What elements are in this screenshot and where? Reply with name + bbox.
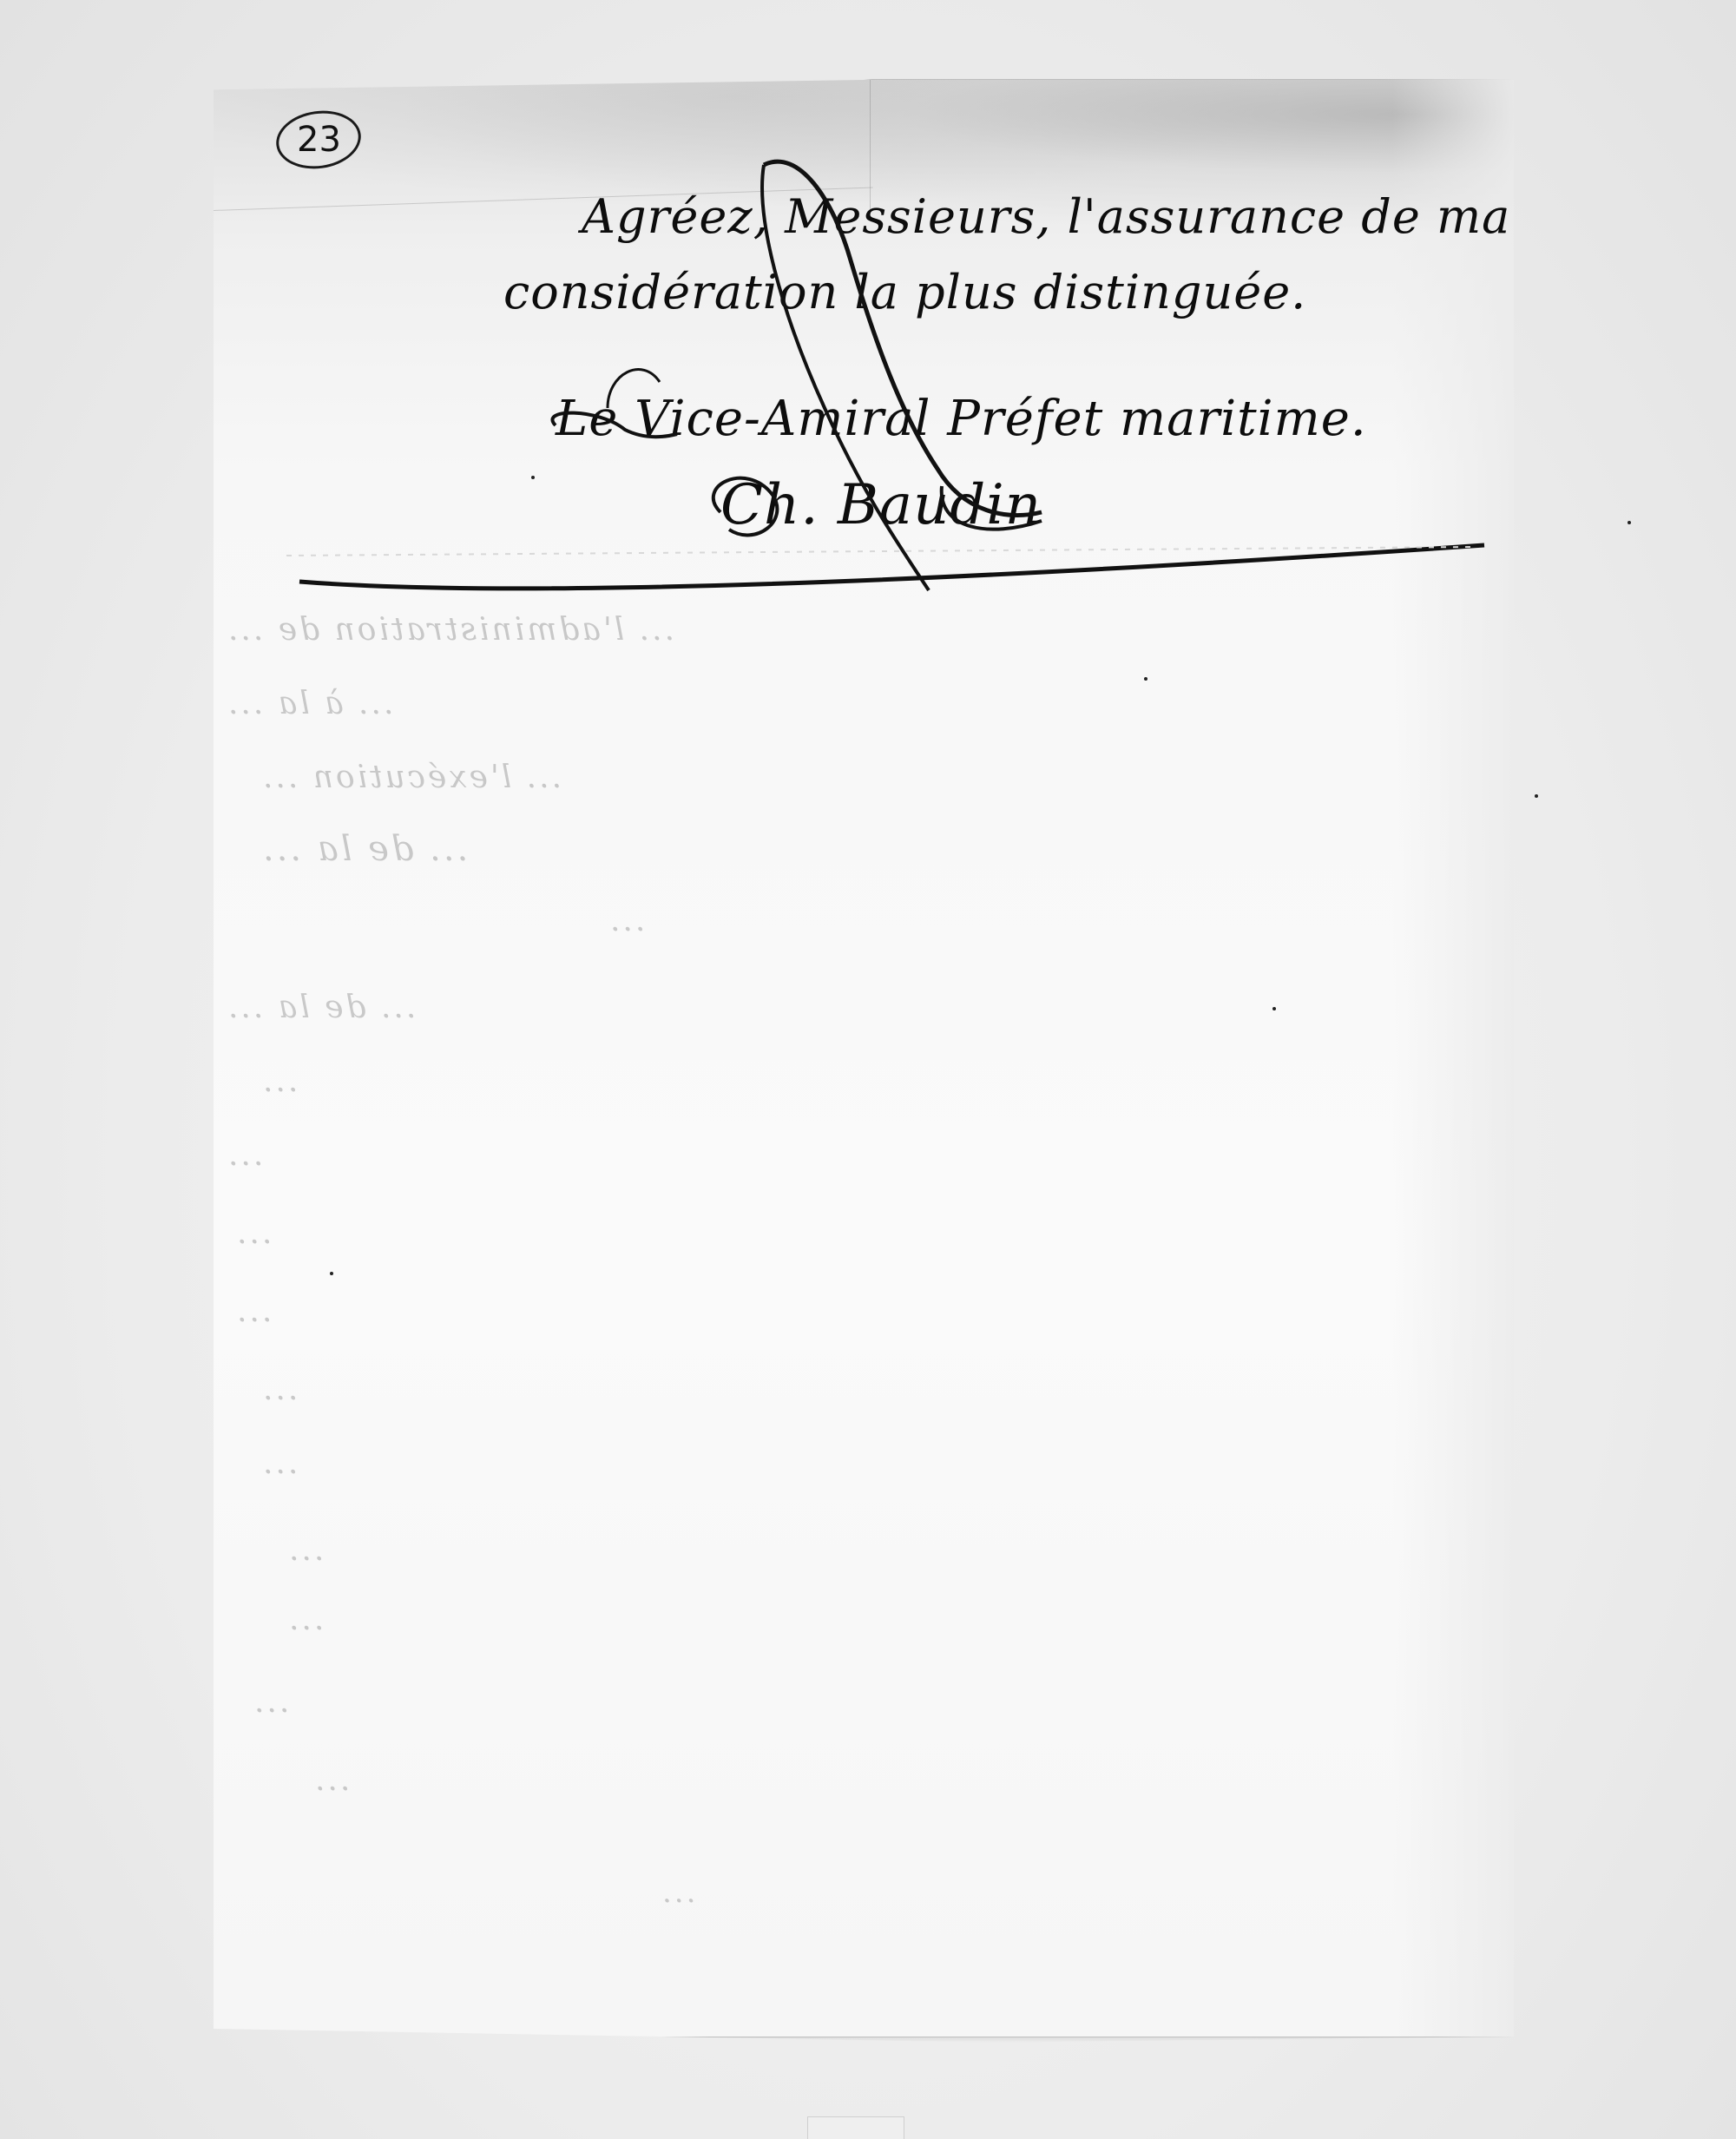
closing-line-2: considération la plus distinguée.	[503, 265, 1306, 319]
bleed-through-line: ...	[608, 903, 645, 938]
signature-name: Ch. Baudin	[720, 473, 1042, 537]
bleed-through-line: ...	[260, 1445, 298, 1481]
bleed-through-line: ...	[660, 1875, 695, 1910]
bleed-through-line: ...	[260, 1063, 298, 1099]
paper-shadow	[1392, 80, 1514, 2037]
bleed-through-line: ...	[312, 1762, 350, 1798]
ink-speck	[531, 476, 535, 479]
bleed-through-line: ...	[234, 1215, 272, 1251]
bleed-through-line: ... l'exécution ...	[260, 760, 562, 795]
page-number-text: 23	[297, 120, 341, 160]
bleed-through-line: ...	[286, 1532, 324, 1568]
signature-title: Le Vice-Amiral Préfet maritime.	[556, 391, 1367, 447]
ink-speck	[1627, 521, 1631, 524]
bleed-through-line: ... à la ...	[226, 686, 393, 721]
bleed-through-line: ...	[260, 1372, 298, 1407]
ink-speck	[1272, 1007, 1276, 1010]
ink-speck	[330, 1272, 333, 1275]
bleed-through-line: ...	[286, 1602, 324, 1637]
scan-label-tab	[807, 2116, 904, 2139]
bleed-through-line: ...	[234, 1293, 272, 1329]
bleed-through-line: ...	[252, 1684, 289, 1720]
letter-page	[214, 80, 1514, 2037]
bleed-through-line: ...	[226, 1137, 263, 1173]
ink-speck	[1535, 794, 1538, 798]
bleed-through-line: ... de la ...	[260, 829, 468, 869]
bleed-through-line: ... de la ...	[226, 990, 416, 1025]
closing-line-1: Agréez, Messieurs, l'assurance de ma	[582, 189, 1510, 244]
bleed-through-line: ... l'administration de ...	[226, 612, 674, 648]
ink-speck	[1144, 677, 1147, 681]
